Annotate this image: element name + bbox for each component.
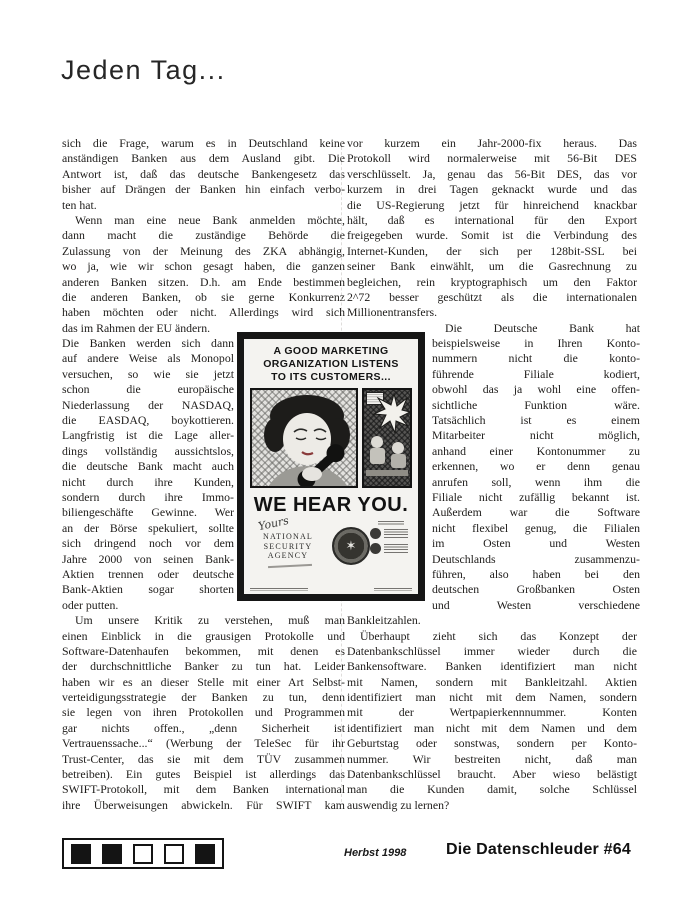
mini-seal-icon — [370, 528, 381, 539]
text-line: mit der Wertpapierkennnummer. Konten — [347, 705, 637, 720]
ad-headline: A GOOD MARKETING ORGANIZATION LISTENS TO… — [250, 345, 412, 384]
text-line: Tatsächlich ist es einem — [432, 413, 640, 428]
text-line: freigegeben wurde. Somit ist die Verbind… — [347, 228, 637, 243]
text-line: führende Filiale kodiert, — [432, 367, 640, 382]
text-line: Zulassung von der Meinung des ZKA abhäng… — [62, 244, 345, 259]
micro-text-bar — [374, 588, 412, 591]
nsa-org-line: SECURITY — [250, 542, 326, 552]
text-line: versuchen, so wie sie jetzt — [62, 367, 234, 382]
nsa-org-name: NATIONAL SECURITY AGENCY — [250, 532, 326, 561]
column-segment: sich die Frage, warum es in Deutschland … — [62, 136, 345, 336]
text-line: Langfristig ist die Lage aller- — [62, 428, 234, 443]
text-line: Bankleitzahlen. — [347, 613, 637, 628]
text-line: nummer. Wir bestreiten nicht, daß man — [347, 752, 637, 767]
text-line: Geburtstag oder sonstwas, sondern per Ko… — [347, 736, 637, 751]
text-line: Bankensoftware. Banken identifiziert man… — [347, 659, 637, 674]
text-line: deutschen Großbanken Osten — [432, 582, 640, 597]
text-line: Niederlassung der NASDAQ, — [62, 398, 234, 413]
text-line: anrufen soll, wenn ihm die — [432, 475, 640, 490]
text-line: im Osten und Westen — [432, 536, 640, 551]
text-line: die deutsche Bank macht auch — [62, 459, 234, 474]
column-segment: Bankleitzahlen.Überhaupt zieht sich das … — [347, 613, 637, 813]
text-line: anderen Banken sitzen. D.h. am Ende best… — [62, 275, 345, 290]
text-line: Mitarbeiter nicht möglich, — [432, 428, 640, 443]
comic-panel — [362, 388, 412, 488]
micro-text-bar — [378, 521, 404, 525]
text-line: Bank-Aktien sogar shorten — [62, 582, 234, 597]
text-line: Antwort ist, daß das deutsche Bankengese… — [62, 167, 345, 182]
text-line: identifiziert man nicht mit dem Namen un… — [347, 721, 637, 736]
text-line: beispielsweise in Ihren Konto- — [432, 336, 640, 351]
text-line: sichtliche Funktion wäre. — [432, 398, 640, 413]
ad-headline-line: A GOOD MARKETING — [250, 345, 412, 358]
text-line: Außerdem war die Software — [432, 505, 640, 520]
text-line: erkennen, wo er denn genau — [432, 459, 640, 474]
nsa-seal-icon: ✶ — [332, 527, 370, 565]
text-line: sie legen von ihren Protokollen und Prog… — [62, 705, 345, 720]
registration-square-filled — [102, 844, 122, 864]
text-line: haben möchten oder nicht. Allerdings wir… — [62, 305, 345, 320]
text-line: auswendig zu lernen? — [347, 798, 637, 813]
text-line: kurzem in drei Tagen geknackt wurde und … — [347, 182, 637, 197]
text-line: ihre Überweisungen abwickeln. Für SWIFT … — [62, 798, 345, 813]
text-line: anständigen Banken aus dem Ausland gibt.… — [62, 151, 345, 166]
text-line: identifiziert man nicht mit dem Namen, s… — [347, 690, 637, 705]
text-line: Software-Datenhaufen bekommen, mit denen… — [62, 644, 345, 659]
text-line: Trust-Center, das sie mit dem TÜV zusamm… — [62, 752, 345, 767]
registration-square-filled — [71, 844, 91, 864]
registration-square-empty — [164, 844, 184, 864]
text-line: vor kurzem ein Jahr-2000-fix heraus. Das — [347, 136, 637, 151]
text-line: haben wir es an dieser Stelle mit einer … — [62, 675, 345, 690]
ad-bottom-strip — [250, 586, 412, 592]
text-line: nummern nicht die konto- — [432, 351, 640, 366]
text-line: biliengeschäfte Gewinne. Wer — [62, 505, 234, 520]
text-line: nicht flexibel genug, die Filialen — [432, 521, 640, 536]
text-line: anhand einer Kontonummer zu — [432, 444, 640, 459]
ad-headline-line: ORGANIZATION LISTENS — [250, 358, 412, 371]
text-line: Datenbankschlüssel braucht. Aber wieso b… — [347, 767, 637, 782]
text-line: Die Deutsche Bank hat — [432, 321, 640, 336]
text-line: führen, also haben bei den — [432, 567, 640, 582]
column-segment: vor kurzem ein Jahr-2000-fix heraus. Das… — [347, 136, 637, 321]
text-line: der durchschnittliche Banker zu tun hat.… — [62, 659, 345, 674]
text-line: hält, daß es international für den Expor… — [347, 213, 637, 228]
text-line: Aktien trennen oder deutsche — [62, 567, 234, 582]
text-line: seiner Bank einwählt, um die Gasrechnung… — [347, 259, 637, 274]
text-line: man die Kunden damit, solche Schlüssel — [347, 782, 637, 797]
text-line: einen Einblick in die grausigen Protokol… — [62, 629, 345, 644]
text-line: sich dringend noch vor dem — [62, 536, 234, 551]
text-line: schon die europäische — [62, 382, 234, 397]
text-line: gar nichts offen., „denn Sicherheit ist — [62, 721, 345, 736]
registration-square-filled — [195, 844, 215, 864]
text-line: verteidigungsstrategie der Banken zu tun… — [62, 690, 345, 705]
text-line: dings vollständig aussichtslos, — [62, 444, 234, 459]
text-line: Überhaupt zieht sich das Konzept der — [347, 629, 637, 644]
text-line: mit Namen, sondern mit Bankleitzahl. Akt… — [347, 675, 637, 690]
footer-magazine-title: Die Datenschleuder #64 — [446, 841, 631, 859]
text-line: Filiale nicht zufällig bekannt ist. — [432, 490, 640, 505]
ad-inner: A GOOD MARKETING ORGANIZATION LISTENS TO… — [244, 339, 418, 594]
text-line: und Westen verschiedene — [432, 598, 640, 613]
text-line: oder putten. — [62, 598, 234, 613]
text-line: 2^72 besser geschützt als die internatio… — [347, 290, 637, 305]
text-line: betreiben). Ein gutes Beispiel ist aller… — [62, 767, 345, 782]
text-line: die US-Regierung jetzt für hinreichend k… — [347, 198, 637, 213]
mini-seal-icon — [370, 543, 381, 554]
text-line: nicht durch ihre Kunden, — [62, 475, 234, 490]
text-line: obwohl das ja wohl eine offen- — [432, 382, 640, 397]
column-segment: Um unsere Kritik zu verstehen, muß manei… — [62, 613, 345, 813]
micro-text-bar — [250, 588, 308, 591]
text-line: Jahre 2000 von seinen Bank- — [62, 552, 234, 567]
text-line: SWIFT-Protokoll, mit dem Banken internat… — [62, 782, 345, 797]
text-line: begleichen, rein kryptographisch um den … — [347, 275, 637, 290]
ad-headline-line: TO ITS CUSTOMERS... — [250, 371, 412, 384]
column-segment: Die Banken werden sich dannauf andere We… — [62, 336, 234, 613]
text-line: Millionentransfers. — [347, 305, 637, 320]
woman-telephone-illustration — [250, 388, 358, 488]
woman-telephone-drawing — [250, 390, 358, 488]
text-line: Wenn man eine neue Bank anmelden möchte, — [62, 213, 345, 228]
text-line: an der Börse spekuliert, sollte — [62, 521, 234, 536]
signature-script-mark — [268, 564, 312, 568]
text-line: Datenbankschlüssel immer wieder durch di… — [347, 644, 637, 659]
page-title: Jeden Tag... — [61, 55, 226, 86]
text-line: Deutschlands zusammenzu- — [432, 552, 640, 567]
text-line: die EASDAQ, boykottieren. — [62, 413, 234, 428]
ad-slogan: WE HEAR YOU. — [250, 493, 412, 517]
text-line: Protokoll wird normalerweise mit 56-Bit … — [347, 151, 637, 166]
ad-fineprint — [370, 521, 412, 558]
registration-square-empty — [133, 844, 153, 864]
ad-seal-row: Yours NATIONAL SECURITY AGENCY ✶ — [250, 519, 412, 575]
text-line: sich die Frage, warum es in Deutschland … — [62, 136, 345, 151]
micro-text-bar — [384, 544, 408, 554]
ad-illustration — [250, 388, 412, 488]
text-line: bisher auf Drängen der Banken hin einfac… — [62, 182, 345, 197]
text-line: Internet-Kunden, der sich per 128bit-SSL… — [347, 244, 637, 259]
text-line: die anderen Banken, ob sie gerne Konkurr… — [62, 290, 345, 305]
text-line: Die Banken werden sich dann — [62, 336, 234, 351]
text-line: verschlüsselt. Ja, genau das 56-Bit DES,… — [347, 167, 637, 182]
text-line: Vertrauenssache...“ (Werbung der TeleSec… — [62, 736, 345, 751]
text-line: wo ja, wie wir schon gesagt haben, die g… — [62, 259, 345, 274]
text-line: dann macht die zuständige Behörde die — [62, 228, 345, 243]
footer-issue-date: Herbst 1998 — [344, 847, 406, 859]
registration-marks — [62, 838, 224, 869]
nsa-org-line: AGENCY — [250, 551, 326, 561]
text-line: sondern durch ihre Immo- — [62, 490, 234, 505]
column-segment: Die Deutsche Bank hatbeispielsweise in I… — [432, 321, 640, 613]
text-line: ten hat. — [62, 198, 345, 213]
text-line: auf andere Weise als Monopol — [62, 351, 234, 366]
micro-text-bar — [384, 529, 408, 539]
text-line: Um unsere Kritik zu verstehen, muß man — [62, 613, 345, 628]
nsa-ad: A GOOD MARKETING ORGANIZATION LISTENS TO… — [237, 332, 425, 601]
page: Jeden Tag... sich die Frage, warum es in… — [0, 0, 700, 906]
starburst-icon — [364, 390, 410, 486]
nsa-org-line: NATIONAL — [250, 532, 326, 542]
